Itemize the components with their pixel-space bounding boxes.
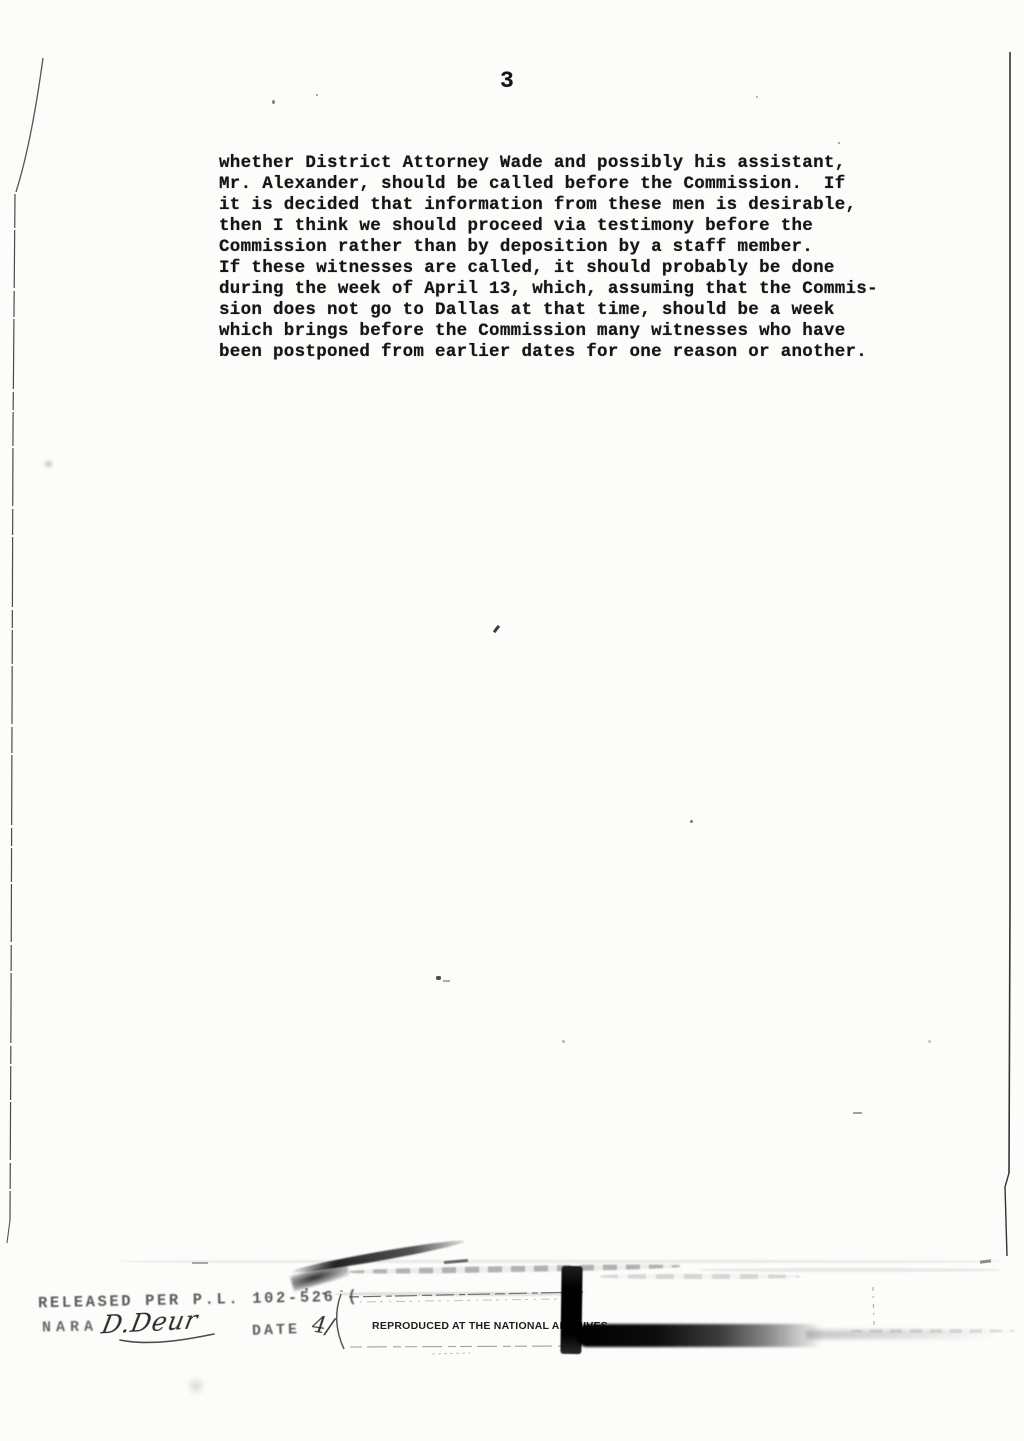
date-stamp-label: DATE [252,1321,301,1340]
scan-speck [436,976,441,980]
scan-speck [756,96,758,98]
scan-streak [850,1329,1015,1333]
scan-smudge [43,458,54,470]
scan-speck [853,1112,862,1114]
scan-dark-band-fade [806,1330,996,1339]
scan-streak [700,1268,1000,1272]
scan-speck [980,1259,991,1264]
archives-stamp-label: REPRODUCED AT THE NATIONAL ARCHIVES [372,1320,608,1332]
scan-speck [316,94,318,96]
scan-smudge-streak [291,1237,466,1276]
scan-speck [562,1040,565,1043]
scan-dash [192,1262,208,1264]
archives-stamp-box: REPRODUCED AT THE NATIONAL ARCHIVES [338,1291,585,1348]
scan-speck [838,142,840,144]
nara-stamp-label: NARA [42,1319,98,1337]
date-handwritten-value: 4/ [310,1313,335,1341]
scan-streak [350,1263,680,1275]
nara-signature: D.Deur [99,1305,201,1339]
scan-speck [443,980,450,982]
scan-speck [928,1040,931,1043]
scanned-document-page: 3 whether District Attorney Wade and pos… [0,0,1024,1441]
scan-speck [272,100,275,104]
scan-smudge [186,1374,206,1398]
page-number: 3 [500,68,514,94]
scan-streak [120,1260,1000,1263]
scan-dash [444,1259,468,1264]
scan-speck [493,625,500,633]
scan-dark-band [577,1324,823,1347]
document-body-text: whether District Attorney Wade and possi… [219,153,879,363]
scan-smudge-blob [290,1260,350,1291]
scan-streak [600,1274,800,1279]
scan-speck [690,820,693,823]
